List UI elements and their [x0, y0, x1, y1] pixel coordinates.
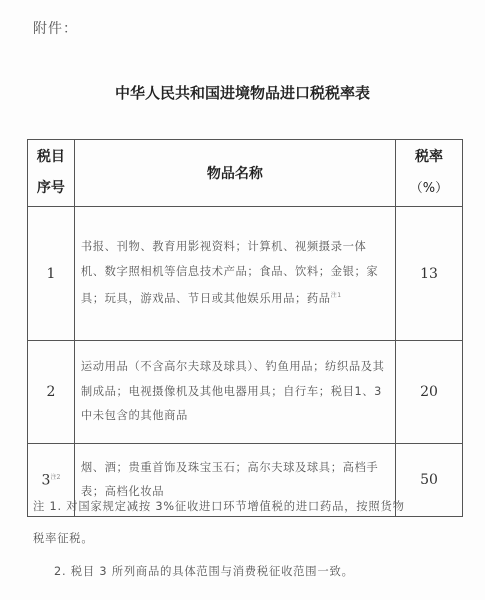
- row-items: 运动用品（不含高尔夫球及球具）、钓鱼用品；纺织品及其制成品；电视摄像机及其他电器…: [74, 341, 395, 444]
- row-rate: 50: [395, 444, 462, 517]
- note-1-line-2: 税率征税。: [33, 530, 94, 546]
- attachment-label: 附件：: [33, 18, 78, 38]
- footnote-marker: 注2: [50, 474, 60, 481]
- tax-rate-table: 税目 序号 物品名称 税率 （%） 1 书报、刊物、教育用影视资料；计算机、视频…: [27, 139, 463, 517]
- row-rate: 13: [395, 207, 462, 341]
- footnote-marker: 注1: [331, 292, 342, 299]
- header-seq: 税目 序号: [28, 140, 75, 207]
- header-rate: 税率 （%）: [395, 140, 462, 207]
- table-row: 1 书报、刊物、教育用影视资料；计算机、视频摄录一体机、数字照相机等信息技术产品…: [28, 207, 463, 341]
- header-item-name: 物品名称: [74, 140, 395, 207]
- note-2: 2. 税目 3 所列商品的具体范围与消费税征收范围一致。: [54, 563, 354, 579]
- table-row: 2 运动用品（不含高尔夫球及球具）、钓鱼用品；纺织品及其制成品；电视摄像机及其他…: [28, 341, 463, 444]
- row-seq: 1: [28, 207, 75, 341]
- row-rate: 20: [395, 341, 462, 444]
- row-seq: 2: [28, 341, 75, 444]
- page-title: 中华人民共和国进境物品进口税税率表: [0, 82, 485, 103]
- row-items: 书报、刊物、教育用影视资料；计算机、视频摄录一体机、数字照相机等信息技术产品；食…: [74, 207, 395, 341]
- table-header-row: 税目 序号 物品名称 税率 （%）: [28, 140, 463, 207]
- note-1-line-1: 注 1. 对国家规定减按 3%征收进口环节增值税的进口药品，按照货物: [33, 498, 405, 514]
